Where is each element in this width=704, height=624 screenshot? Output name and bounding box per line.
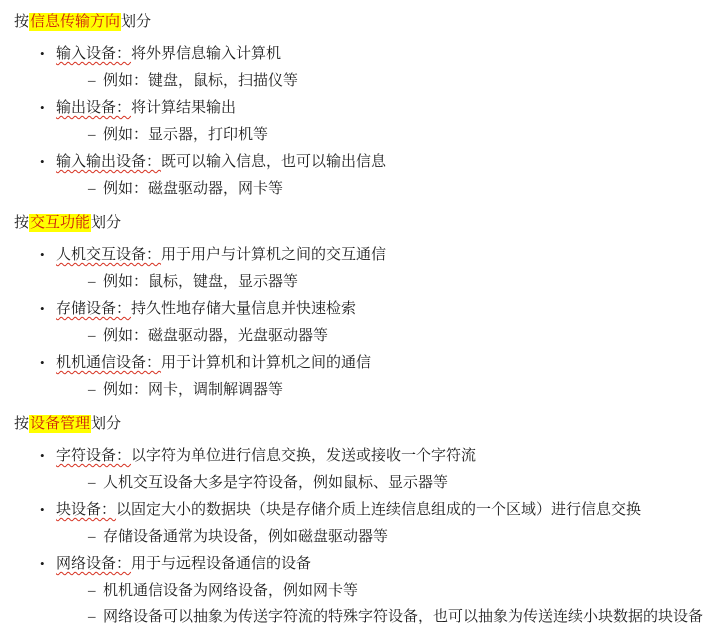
heading-prefix: 按 — [14, 215, 29, 231]
item-desc: 将计算结果输出 — [131, 100, 236, 116]
sub-line: –网络设备可以抽象为传送字符流的特殊字符设备，也可以抽象为传送连续小块数据的块设… — [14, 607, 696, 624]
sub-text: 机机通信设备为网络设备，例如网卡等 — [103, 583, 358, 599]
heading-highlight: 信息传输方向 — [29, 13, 121, 31]
list-item-human-computer-device: •人机交互设备：用于用户与计算机之间的交互通信 –例如：鼠标，键盘，显示器等 — [14, 245, 696, 292]
dash-marker: – — [88, 272, 103, 292]
dash-marker: – — [88, 125, 103, 145]
sub-text: 存储设备通常为块设备，例如磁盘驱动器等 — [103, 529, 388, 545]
item-desc: 用于与远程设备通信的设备 — [131, 556, 311, 572]
section-heading-transmission-direction: 按信息传输方向划分 — [14, 12, 696, 32]
section-heading-interaction-function: 按交互功能划分 — [14, 213, 696, 233]
item-term: 字符设备： — [56, 448, 131, 464]
dash-marker: – — [88, 581, 103, 601]
sub-text: 例如：网卡，调制解调器等 — [103, 382, 283, 398]
list-item-network-device: •网络设备：用于与远程设备通信的设备 –机机通信设备为网络设备，例如网卡等 –网… — [14, 554, 696, 624]
heading-suffix: 划分 — [91, 215, 121, 231]
sub-line: –例如：网卡，调制解调器等 — [14, 380, 696, 400]
section-list-transmission-direction: •输入设备：将外界信息输入计算机 –例如：键盘，鼠标，扫描仪等 •输出设备：将计… — [14, 44, 696, 199]
bullet-marker: • — [40, 446, 56, 466]
item-desc: 将外界信息输入计算机 — [131, 46, 281, 62]
heading-prefix: 按 — [14, 416, 29, 432]
bullet-marker: • — [40, 500, 56, 520]
sub-line: –例如：鼠标，键盘，显示器等 — [14, 272, 696, 292]
sub-text: 例如：鼠标，键盘，显示器等 — [103, 274, 298, 290]
sub-text: 例如：键盘，鼠标，扫描仪等 — [103, 73, 298, 89]
dash-marker: – — [88, 71, 103, 91]
item-line: •字符设备：以字符为单位进行信息交换，发送或接收一个字符流 — [14, 446, 696, 466]
dash-marker: – — [88, 179, 103, 199]
dash-marker: – — [88, 326, 103, 346]
item-line: •人机交互设备：用于用户与计算机之间的交互通信 — [14, 245, 696, 265]
item-term: 输入设备： — [56, 46, 131, 62]
sub-text: 网络设备可以抽象为传送字符流的特殊字符设备，也可以抽象为传送连续小块数据的块设备 — [103, 609, 703, 624]
sub-text: 人机交互设备大多是字符设备，例如鼠标、显示器等 — [103, 475, 448, 491]
document-page: 按信息传输方向划分 •输入设备：将外界信息输入计算机 –例如：键盘，鼠标，扫描仪… — [0, 0, 704, 624]
item-line: •输入设备：将外界信息输入计算机 — [14, 44, 696, 64]
sub-line: –例如：键盘，鼠标，扫描仪等 — [14, 71, 696, 91]
item-term: 人机交互设备： — [56, 247, 161, 263]
item-desc: 以固定大小的数据块（块是存储介质上连续信息组成的一个区域）进行信息交换 — [116, 502, 641, 518]
heading-suffix: 划分 — [121, 14, 151, 30]
item-term: 机机通信设备： — [56, 355, 161, 371]
sub-line: –例如：磁盘驱动器，光盘驱动器等 — [14, 326, 696, 346]
heading-highlight: 设备管理 — [29, 415, 91, 433]
list-item-machine-communication-device: •机机通信设备：用于计算机和计算机之间的通信 –例如：网卡，调制解调器等 — [14, 353, 696, 400]
list-item-input-device: •输入设备：将外界信息输入计算机 –例如：键盘，鼠标，扫描仪等 — [14, 44, 696, 91]
dash-marker: – — [88, 380, 103, 400]
item-desc: 用于计算机和计算机之间的通信 — [161, 355, 371, 371]
sub-line: –例如：磁盘驱动器，网卡等 — [14, 179, 696, 199]
heading-highlight: 交互功能 — [29, 214, 91, 232]
heading-prefix: 按 — [14, 14, 29, 30]
item-desc: 用于用户与计算机之间的交互通信 — [161, 247, 386, 263]
sub-line: –例如：显示器，打印机等 — [14, 125, 696, 145]
list-item-character-device: •字符设备：以字符为单位进行信息交换，发送或接收一个字符流 –人机交互设备大多是… — [14, 446, 696, 493]
section-list-device-management: •字符设备：以字符为单位进行信息交换，发送或接收一个字符流 –人机交互设备大多是… — [14, 446, 696, 624]
bullet-marker: • — [40, 554, 56, 574]
sub-text: 例如：磁盘驱动器，光盘驱动器等 — [103, 328, 328, 344]
list-item-input-output-device: •输入输出设备：既可以输入信息，也可以输出信息 –例如：磁盘驱动器，网卡等 — [14, 152, 696, 199]
sub-text: 例如：显示器，打印机等 — [103, 127, 268, 143]
item-term: 块设备： — [56, 502, 116, 518]
item-term: 网络设备： — [56, 556, 131, 572]
bullet-marker: • — [40, 98, 56, 118]
bullet-marker: • — [40, 299, 56, 319]
list-item-block-device: •块设备：以固定大小的数据块（块是存储介质上连续信息组成的一个区域）进行信息交换… — [14, 500, 696, 547]
bullet-marker: • — [40, 44, 56, 64]
item-line: •机机通信设备：用于计算机和计算机之间的通信 — [14, 353, 696, 373]
section-heading-device-management: 按设备管理划分 — [14, 414, 696, 434]
item-desc: 既可以输入信息，也可以输出信息 — [161, 154, 386, 170]
bullet-marker: • — [40, 245, 56, 265]
bullet-marker: • — [40, 353, 56, 373]
item-line: •存储设备：持久性地存储大量信息并快速检索 — [14, 299, 696, 319]
dash-marker: – — [88, 473, 103, 493]
item-term: 输出设备： — [56, 100, 131, 116]
item-term: 存储设备： — [56, 301, 131, 317]
item-desc: 以字符为单位进行信息交换，发送或接收一个字符流 — [131, 448, 476, 464]
dash-marker: – — [88, 527, 103, 547]
item-line: •输入输出设备：既可以输入信息，也可以输出信息 — [14, 152, 696, 172]
sub-line: –存储设备通常为块设备，例如磁盘驱动器等 — [14, 527, 696, 547]
sub-line: –机机通信设备为网络设备，例如网卡等 — [14, 581, 696, 601]
item-line: •输出设备：将计算结果输出 — [14, 98, 696, 118]
list-item-output-device: •输出设备：将计算结果输出 –例如：显示器，打印机等 — [14, 98, 696, 145]
item-line: •块设备：以固定大小的数据块（块是存储介质上连续信息组成的一个区域）进行信息交换 — [14, 500, 696, 520]
sub-text: 例如：磁盘驱动器，网卡等 — [103, 181, 283, 197]
section-list-interaction-function: •人机交互设备：用于用户与计算机之间的交互通信 –例如：鼠标，键盘，显示器等 •… — [14, 245, 696, 400]
dash-marker: – — [88, 607, 103, 624]
item-line: •网络设备：用于与远程设备通信的设备 — [14, 554, 696, 574]
item-desc: 持久性地存储大量信息并快速检索 — [131, 301, 356, 317]
sub-line: –人机交互设备大多是字符设备，例如鼠标、显示器等 — [14, 473, 696, 493]
heading-suffix: 划分 — [91, 416, 121, 432]
list-item-storage-device: •存储设备：持久性地存储大量信息并快速检索 –例如：磁盘驱动器，光盘驱动器等 — [14, 299, 696, 346]
item-term: 输入输出设备： — [56, 154, 161, 170]
bullet-marker: • — [40, 152, 56, 172]
